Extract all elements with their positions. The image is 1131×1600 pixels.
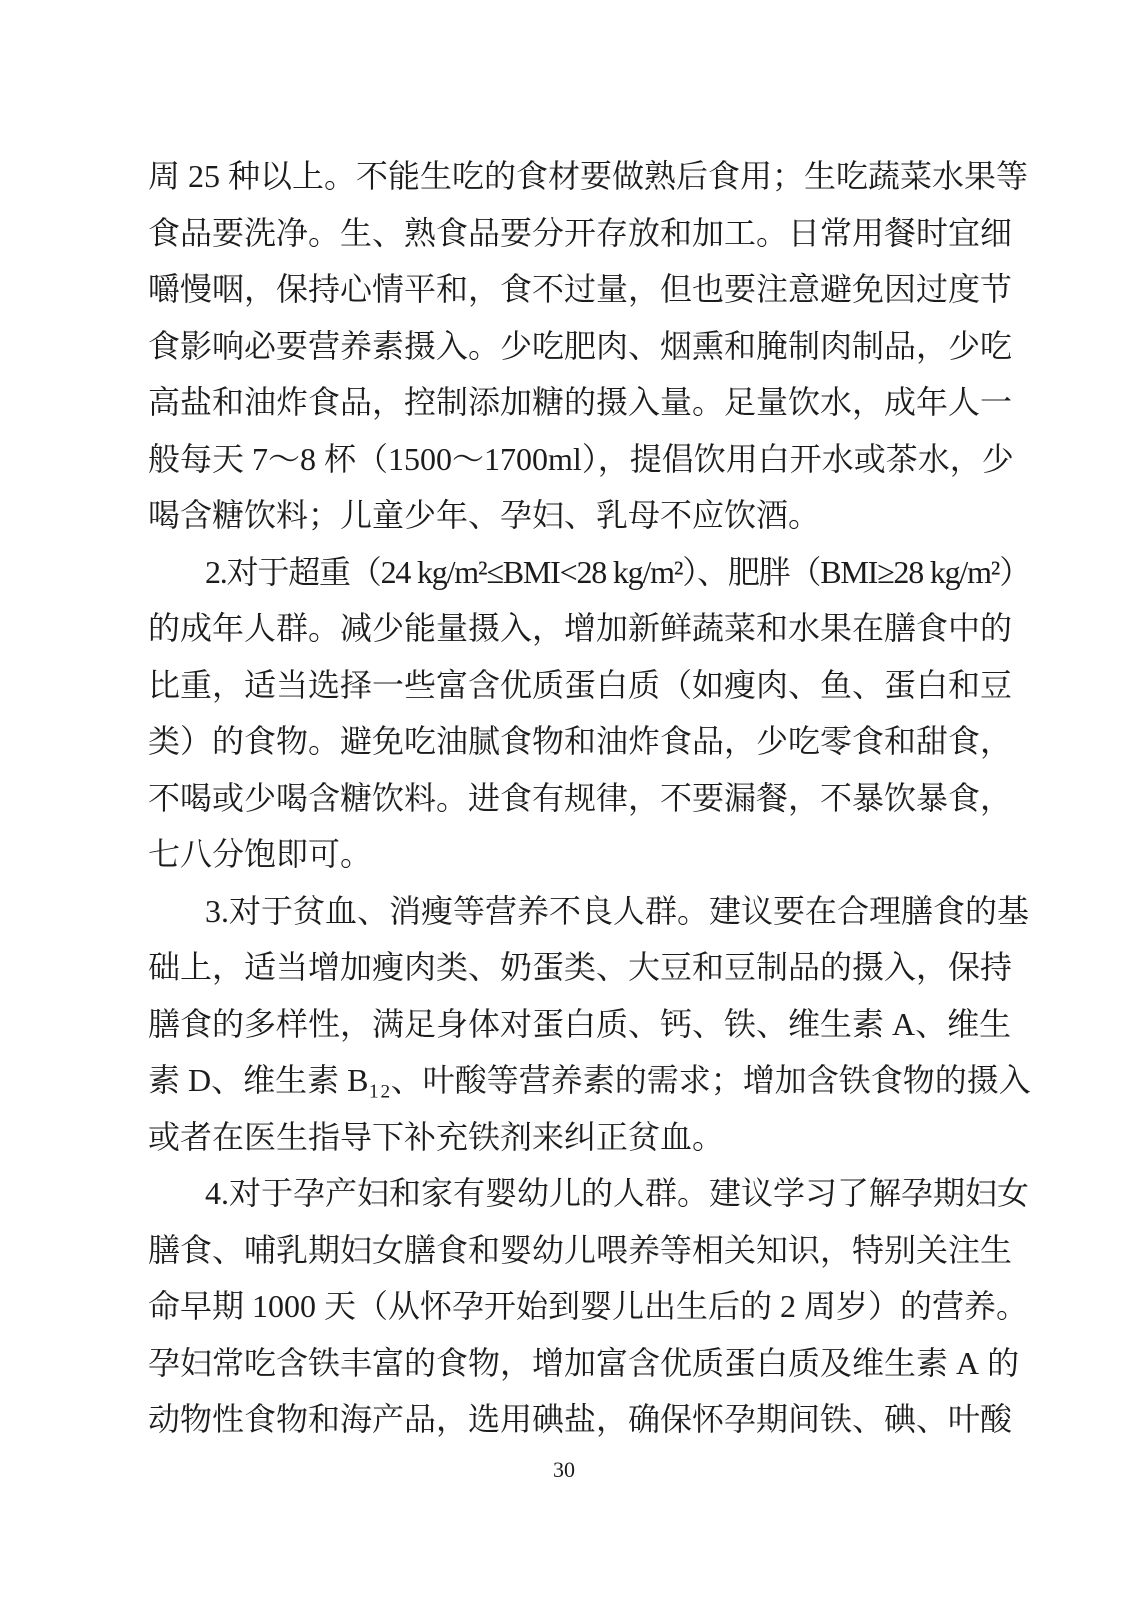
document-page: 周 25 种以上。不能生吃的食材要做熟后食用；生吃蔬菜水果等食品要洗净。生、熟食…	[0, 0, 1131, 1600]
page-number: 30	[148, 1455, 980, 1485]
paragraph-3-line-1: 3.对于贫血、消瘦等营养不良人群。建议要在合理膳食的基	[148, 883, 980, 940]
paragraph-4-line-2: 膳食、哺乳期妇女膳食和婴幼儿喂养等相关知识，特别关注生	[148, 1222, 980, 1279]
paragraph-1-line-2: 食品要洗净。生、熟食品要分开存放和加工。日常用餐时宜细	[148, 205, 980, 262]
paragraph-1-line-1: 周 25 种以上。不能生吃的食材要做熟后食用；生吃蔬菜水果等	[148, 148, 980, 205]
paragraph-1-line-7: 喝含糖饮料；儿童少年、孕妇、乳母不应饮酒。	[148, 487, 980, 544]
paragraph-2-line-6: 七八分饱即可。	[148, 826, 980, 883]
paragraph-2-line-1: 2.对于超重（24 kg/m²≤BMI<28 kg/m²）、肥胖（BMI≥28 …	[148, 544, 980, 601]
paragraph-3-line-4: 素 D、维生素 B₁₂、叶酸等营养素的需求；增加含铁食物的摄入	[148, 1052, 980, 1109]
paragraph-4-line-1: 4.对于孕产妇和家有婴幼儿的人群。建议学习了解孕期妇女	[148, 1165, 980, 1222]
paragraph-2-line-5: 不喝或少喝含糖饮料。进食有规律，不要漏餐，不暴饮暴食，	[148, 770, 980, 827]
paragraph-3-line-2: 础上，适当增加瘦肉类、奶蛋类、大豆和豆制品的摄入，保持	[148, 939, 980, 996]
paragraph-1-line-5: 高盐和油炸食品，控制添加糖的摄入量。足量饮水，成年人一	[148, 374, 980, 431]
paragraph-3-line-5: 或者在医生指导下补充铁剂来纠正贫血。	[148, 1109, 980, 1166]
paragraph-1-line-6: 般每天 7～8 杯（1500～1700ml），提倡饮用白开水或茶水，少	[148, 431, 980, 488]
paragraph-4-line-5: 动物性食物和海产品，选用碘盐，确保怀孕期间铁、碘、叶酸	[148, 1391, 980, 1448]
paragraph-2-line-2: 的成年人群。减少能量摄入，增加新鲜蔬菜和水果在膳食中的	[148, 600, 980, 657]
paragraph-1-line-3: 嚼慢咽，保持心情平和，食不过量，但也要注意避免因过度节	[148, 261, 980, 318]
paragraph-2-line-4: 类）的食物。避免吃油腻食物和油炸食品，少吃零食和甜食，	[148, 713, 980, 770]
paragraph-3-line-3: 膳食的多样性，满足身体对蛋白质、钙、铁、维生素 A、维生	[148, 996, 980, 1053]
paragraph-1-line-4: 食影响必要营养素摄入。少吃肥肉、烟熏和腌制肉制品，少吃	[148, 318, 980, 375]
paragraph-4-line-3: 命早期 1000 天（从怀孕开始到婴儿出生后的 2 周岁）的营养。	[148, 1278, 980, 1335]
text-block: 周 25 种以上。不能生吃的食材要做熟后食用；生吃蔬菜水果等食品要洗净。生、熟食…	[148, 148, 980, 1448]
paragraph-2-line-3: 比重，适当选择一些富含优质蛋白质（如瘦肉、鱼、蛋白和豆	[148, 657, 980, 714]
paragraph-4-line-4: 孕妇常吃含铁丰富的食物，增加富含优质蛋白质及维生素 A 的	[148, 1335, 980, 1392]
